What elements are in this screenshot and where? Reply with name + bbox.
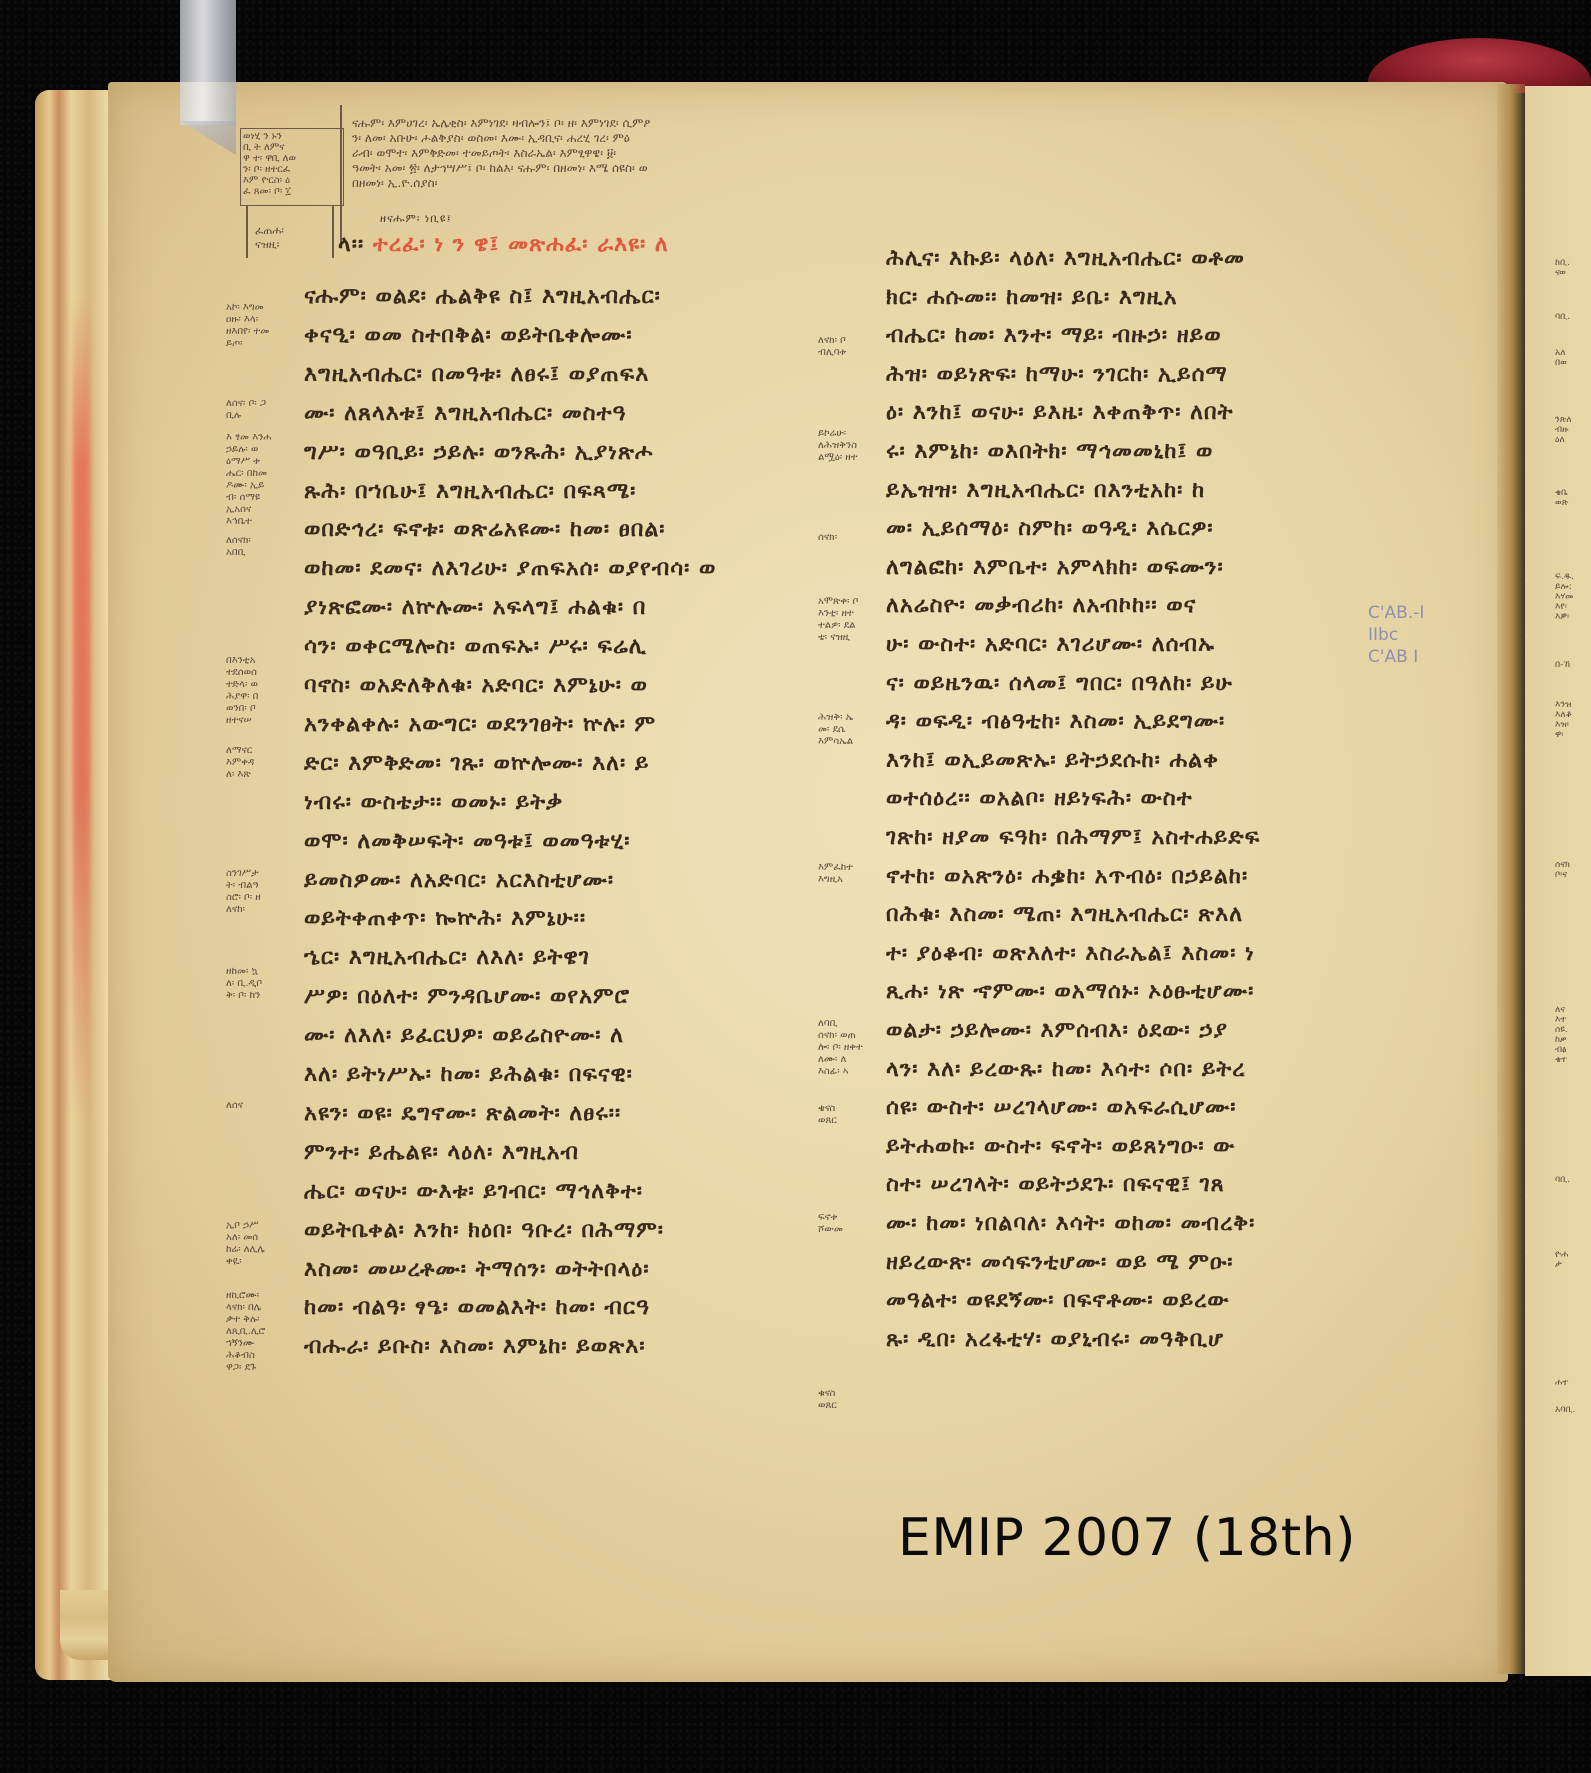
acrylic-page-clip	[180, 0, 236, 125]
facing-page-gloss: አለ በወ	[1555, 348, 1567, 368]
margin-gloss: ዘከመ፡ ኳ ለ፡ ቢ.ዲቦ ቅ፡ ቦ፡ ከን	[226, 966, 262, 1002]
text-line: ጹ፡ ዲበ፡ አረፋቲሃ፡ ወያኒብሩ፡ መዓቅቢሆ	[886, 1327, 1398, 1352]
facing-page-gloss: ለና እተ ሰዩ. ከቃ ብፅ ቄተ	[1555, 1005, 1568, 1065]
text-line: ዕ፡ እንከ፤ ወናሁ፡ ይእዜ፡ እቀጠቅጥ፡ ለበት	[886, 400, 1398, 425]
text-line: ነብሩ፡ ውስቴታ፡፡ ወመኑ፡ ይትቃ	[304, 790, 824, 815]
margin-gloss: ለሰናክ፡ አበቢ	[226, 535, 251, 559]
margin-gloss: ሕዝቅ፡ ኤ መ፡ ደሴ እምሳኤል	[818, 712, 853, 748]
facing-page-gloss: ባቢ.	[1555, 312, 1570, 322]
facing-page-gloss: ቄቤ ወጽ	[1555, 488, 1568, 508]
text-line: ኖተከ፡ ወአጽንዕ፡ ሐቌከ፡ አጥብዕ፡ በኃይልከ፡	[886, 864, 1398, 889]
text-line: ሁ፡ ውስተ፡ አድባር፡ እገሪሆሙ፡ ለሰብኡ	[886, 632, 1398, 657]
title-superscript: ዘናሑም፡ ነቢዩ፤	[380, 212, 452, 226]
text-line: ወሞ፡ ለመቅሠፍት፡ መዓቱ፤ ወመዓቱሂ፡	[304, 829, 824, 854]
text-line: ላን፡ እለ፡ ይረውጹ፡ ከመ፡ እሳተ፡ ሶበ፡ ይትረ	[886, 1057, 1398, 1082]
facing-page-gloss: በ-ኸ	[1555, 660, 1570, 670]
text-line: ወልታ፡ ኃይሎሙ፡ እምሰብእ፡ ዕደው፡ ኃያ	[886, 1018, 1398, 1043]
text-line: ተ፡ ያዕቆብ፡ ወጽእለተ፡ እስራኤል፤ እስመ፡ ነ	[886, 941, 1398, 966]
text-line: ገጽከ፡ ዘያመ ፍዓከ፡ በሕማም፤ አስተሐይድፍ	[886, 825, 1398, 850]
text-line: ሥዎ፡ በዕለተ፡ ምንዳቤሆሙ፡ ወየአምሮ	[304, 984, 824, 1009]
text-line: ድር፡ እምቅድመ፡ ገጹ፡ ወኵሎሙ፡ እለ፡ ይ	[304, 751, 824, 776]
manuscript-caption: EMIP 2007 (18th)	[898, 1508, 1356, 1568]
text-line: ኄር፡ እግዚአብሔር፡ ለእለ፡ ይትዌገ	[304, 945, 824, 970]
text-line: ጹሕ፡ በኀቤሁ፤ እግዚአብሔር፡ በፍጻሜ፡	[304, 479, 824, 504]
text-line: ሰዩ፡ ውስተ፡ ሠረገላሆሙ፡ ወአፍራሲሆሙ፡	[886, 1095, 1398, 1120]
text-line: ሕሊና፡ እኩይ፡ ላዕለ፡ እግዚአብሔር፡ ወቶመ	[886, 246, 1398, 271]
text-line: አዩን፡ ወዩ፡ ዴግኖሙ፡ ጽልመት፡ ለፀሩ፡፡	[304, 1101, 824, 1126]
margin-gloss: ኢቦ ኃሥ አለ፡ መሰ ከሬ፡ ለሊሌ ቀዪ፡	[226, 1220, 265, 1268]
ruling-line	[246, 206, 248, 258]
text-line: እለ፡ ይትነሥኡ፡ ከመ፡ ይሕልቁ፡ በፍናዊ፡	[304, 1062, 824, 1087]
text-line: እስመ፡ መሠረቶሙ፡ ትማሰን፡ ወትትበላዕ፡	[304, 1257, 824, 1282]
text-line: ከመ፡ ብልዓ፡ ፃዔ፡ ወመልእት፡ ከመ፡ ብርዓ	[304, 1295, 824, 1320]
margin-gloss: ቁናስ ወጸር	[818, 1388, 837, 1412]
margin-gloss: አኮ፡ እግመ ዐዙ፡ እላ፡ ዘእበየ፡ ተመ ይጦ፡	[226, 302, 269, 350]
ruling-line	[332, 206, 334, 258]
text-line: እግዚአብሔር፡ በመዓቱ፡ ለፀሩ፤ ወያጠፍእ	[304, 362, 824, 387]
text-line: ይመስዎሙ፡ ለአድባር፡ አርእስቲሆሙ፡	[304, 868, 824, 893]
side-heading: ፈጠሐ፡ ናዝዚ፡	[255, 224, 284, 252]
facing-page-gloss: ፍ.ዱ. ይሎ: እሃመ እየ፡ እቓ፡	[1555, 572, 1574, 622]
text-line: አንቀልቀሉ፡ አውግር፡ ወደንገፀት፡ ኵሉ፡ ም	[304, 712, 824, 737]
text-line: ወይትቤቀል፡ እንከ፡ ክዕበ፡ ዓቡረ፡ በሕማም፡	[304, 1218, 824, 1243]
text-line: ይትሐወኩ፡ ውስተ፡ ፍኖት፡ ወይጸነግዑ፡ ው	[886, 1134, 1398, 1159]
margin-gloss: ፍኖቱ ሾውመ	[818, 1212, 843, 1236]
text-line: ወከመ፡ ደመና፡ ለእገሪሁ፡ ያጠፍአሰ፡ ወያየብሳ፡ ወ	[304, 556, 824, 581]
text-line: ሩ፡ እምኔከ፡ ወእበትክ፡ ማኅመመኒከ፤ ወ	[886, 439, 1398, 464]
red-stained-page-edge	[72, 300, 90, 1120]
top-margin-boxed-note: ወነሂ ን ኑን ቢ ት ለምና ዋ ተ፡ ዋቢ ለወ ን፡ ቦ፡ ዘተርፈ እ…	[240, 128, 344, 206]
rubricated-title: ተረፈ፡ ነ ን ዌ፤ መጽሐፈ፡ ራእዩ፡ ለ	[373, 232, 669, 257]
text-line: ቀናዒ፡ ወመ ስተበቅል፡ ወይትቤቀሎሙ፡	[304, 323, 824, 348]
text-line: ብሔር፡ ከመ፡ እንተ፡ ማይ፡ ብዙኃ፡ ዘይወ	[886, 323, 1398, 348]
text-line: ሕዝ፡ ወይነጽፍ፡ ከማሁ፡ ንገርከ፡ ኢይሰማ	[886, 362, 1398, 387]
text-line: ጺሐ፡ ነጽ ኆምሙ፡ ወአማሰኑ፡ ኦዕፁቲሆሙ፡	[886, 979, 1398, 1004]
text-line: ሙ፡ ለጸላእቱ፤ እግዚአብሔር፡ መስተዓ	[304, 401, 824, 426]
text-line: ሙ፡ ለእለ፡ ይፈርህዎ፡ ወይሬስዮሙ፡ ለ	[304, 1023, 824, 1048]
margin-gloss: ስንገሥታ ት፡ ብልዓ ስሮ፡ ቦ፡ ዘ ለናከ፡	[226, 868, 261, 916]
text-line: ሔር፡ ወናሁ፡ ውእቱ፡ ይገብር፡ ማኅለቅተ፡	[304, 1179, 824, 1204]
title-lead: ላ፡፡	[338, 232, 364, 257]
text-line: ዳ፡ ወፍዲ፡ ብፅዓቲከ፡ እስመ፡ ኢይደግሙ፡	[886, 709, 1398, 734]
text-line: ለአሬስዮ፡ መቃብሪከ፡ ለአብኮከ፡፡ ወና	[886, 593, 1398, 618]
margin-gloss: ለባቢ ሰናክ፡ ወጠ ሎ፡ ቦ፡ ዘቀተ ለሙ፡ ለ እስፊ፡ ኣ	[818, 1018, 863, 1078]
text-line: መ፡ ኢይሰማዕ፡ ስምከ፡ ወዓዲ፡ እሴርዎ፡	[886, 516, 1398, 541]
margin-gloss: ዘኪሮሙ፡ ላናክ፡ በሌ ቃተ ቅሉ፡ ለጺቢ.ሊሮ ኀኝንሙ ሕቆብስ ዋጋ…	[226, 1290, 265, 1374]
margin-gloss: ለሰና	[226, 1100, 243, 1112]
text-line: ብሑራ፡ ይቡስ፡ እስመ፡ እምኔከ፡ ይወጽእ፡	[304, 1334, 824, 1359]
text-line: ወተሰዕረ፡፡ ወአልቦ፡ ዘይነፍሕ፡ ውስተ	[886, 786, 1398, 811]
margin-gloss: ለሰና፡ ቦ፡ ጋ ቢሉ	[226, 398, 266, 422]
ruling-line	[340, 105, 342, 245]
text-line: እንከ፤ ወኢይመጽኡ፡ ይትኃደሱከ፡ ሐልቀ	[886, 748, 1398, 773]
text-line: ክር፡ ሐሱመ፡፡ ከመዝ፡ ይቤ፡ እግዚአ	[886, 285, 1398, 310]
facing-page-strip	[1525, 86, 1591, 1676]
facing-page-gloss: ሐተ	[1555, 1378, 1568, 1388]
facing-page-gloss: ከቢ. ናወ	[1555, 258, 1570, 278]
facing-page-gloss: እንዝ እለቆ እዝ፡ ዋ፡	[1555, 700, 1572, 740]
margin-gloss: አሞጽቀ፡ ቦ እንቲ፡ ዘተ ተልዎ፡ ደል ቴ፡ ናዝዚ	[818, 596, 858, 644]
text-line: ና፡ ወይዜንዉ፡ ሰላመ፤ ግበር፡ በዓለከ፡ ይሁ	[886, 671, 1398, 696]
margin-gloss: ይኮሬሁ፡ ለሕዝቅንስ ልሟዕ፡ ዘተ	[818, 428, 858, 464]
text-line: ስተ፡ ሠረገላት፡ ወይትኃደጉ፡ በፍናዊ፤ ገጸ	[886, 1172, 1398, 1197]
text-line: ናሑም፡ ወልደ፡ ሔልቅዩ ስ፤ እግዚአብሔር፡	[304, 284, 824, 309]
text-line: መዓልተ፡ ወዩደኝሙ፡ በፍኖቶሙ፡ ወይረው	[886, 1288, 1398, 1313]
margin-gloss: እ ፃመ እንሐ ኃይሉ፡ ወ ዕማሥ ቱ ሔር፡ በከመ ዶሙ፡ ኢይ ብ፡ …	[226, 432, 271, 528]
margin-gloss: እምፈከተ እግዚአ	[818, 862, 853, 886]
facing-page-gloss: አባቢ.	[1555, 1405, 1575, 1415]
top-margin-note: ናሑም፡ እምሀገረ፡ ኤሌቂስ፡ እምነገደ፡ ዛብሎን፤ ቦ፡ ዘ፡ እምነ…	[352, 116, 650, 191]
text-line: ወይትቀጠቀጥ፡ ኰኵሕ፡ እምኔሁ፡፡	[304, 906, 824, 931]
margin-gloss: ለማናር እምቀዳ ለ፡ እጽ	[226, 745, 254, 781]
text-line: ወበድኅረ፡ ፍኖቱ፡ ወጽሬአዩሙ፡ ከመ፡ ፀበል፡	[304, 517, 824, 542]
text-line: ሙ፡ ከመ፡ ነበልባለ፡ እሳት፡ ወከመ፡ መብረቅ፡	[886, 1211, 1398, 1236]
text-line: ግሥ፡ ወዓቢይ፡ ኃይሉ፡ ወንጹሕ፡ ኢያነጽሖ	[304, 440, 824, 465]
text-line: ይኤዝዝ፡ እግዚአብሔር፡ በእንቲአከ፡ ከ	[886, 478, 1398, 503]
text-line: በሕቁ፡ እስመ፡ ሜጠ፡ እግዚአብሔር፡ ጽእለ	[886, 902, 1398, 927]
title-line: ላ፡፡ ተረፈ፡ ነ ን ዌ፤ መጽሐፈ፡ ራእዩ፡ ለ	[338, 232, 669, 257]
binding-gutter	[1497, 84, 1525, 1674]
margin-gloss: ቄናስ ወጸር	[818, 1103, 837, 1127]
facing-page-gloss: ሰናክ ቦ፡ና	[1555, 860, 1570, 880]
facing-page-gloss: ባቢ.	[1555, 1175, 1570, 1185]
facing-page-gloss: ዮሐ ታ	[1555, 1250, 1568, 1270]
facing-page-gloss: ንጽለ ብዙ ዕለ	[1555, 415, 1572, 445]
margin-gloss: ለናክ፡ ቦ ብሊባቱ	[818, 335, 846, 359]
text-line: ምንተ፡ ይሔልዩ፡ ላዕለ፡ እግዚአብ	[304, 1140, 824, 1165]
text-line: ዘይረውጽ፡ መሳፍንቲሆሙ፡ ወይ ሜ ምዑ፡	[886, 1250, 1398, 1275]
margin-gloss: ሰናክ፡	[818, 532, 837, 544]
text-line: ሳን፡ ወቀርሜሎስ፡ ወጠፍኡ፡ ሥሩ፡ ፍሬሊ	[304, 634, 824, 659]
pencil-annotation: C'AB.-I IIbc C'AB I	[1368, 602, 1424, 668]
text-line: ለግልፎከ፡ እምቤተ፡ አምላክከ፡ ወፍሙን፡	[886, 555, 1398, 580]
text-line: ያነጽፎሙ፡ ለኵሉሙ፡ አፍላግ፤ ሐልቁ፡ በ	[304, 595, 824, 620]
margin-gloss: በእንቲአ ተደሰወሰ ተድላ፡ ወ ሕያዋ፡ በ ወንበ፡ ቦ ዘተናሠ	[226, 655, 258, 727]
text-line: ባኖስ፡ ወአድለቅለቁ፡ አድባር፡ እምኔሁ፡ ወ	[304, 673, 824, 698]
